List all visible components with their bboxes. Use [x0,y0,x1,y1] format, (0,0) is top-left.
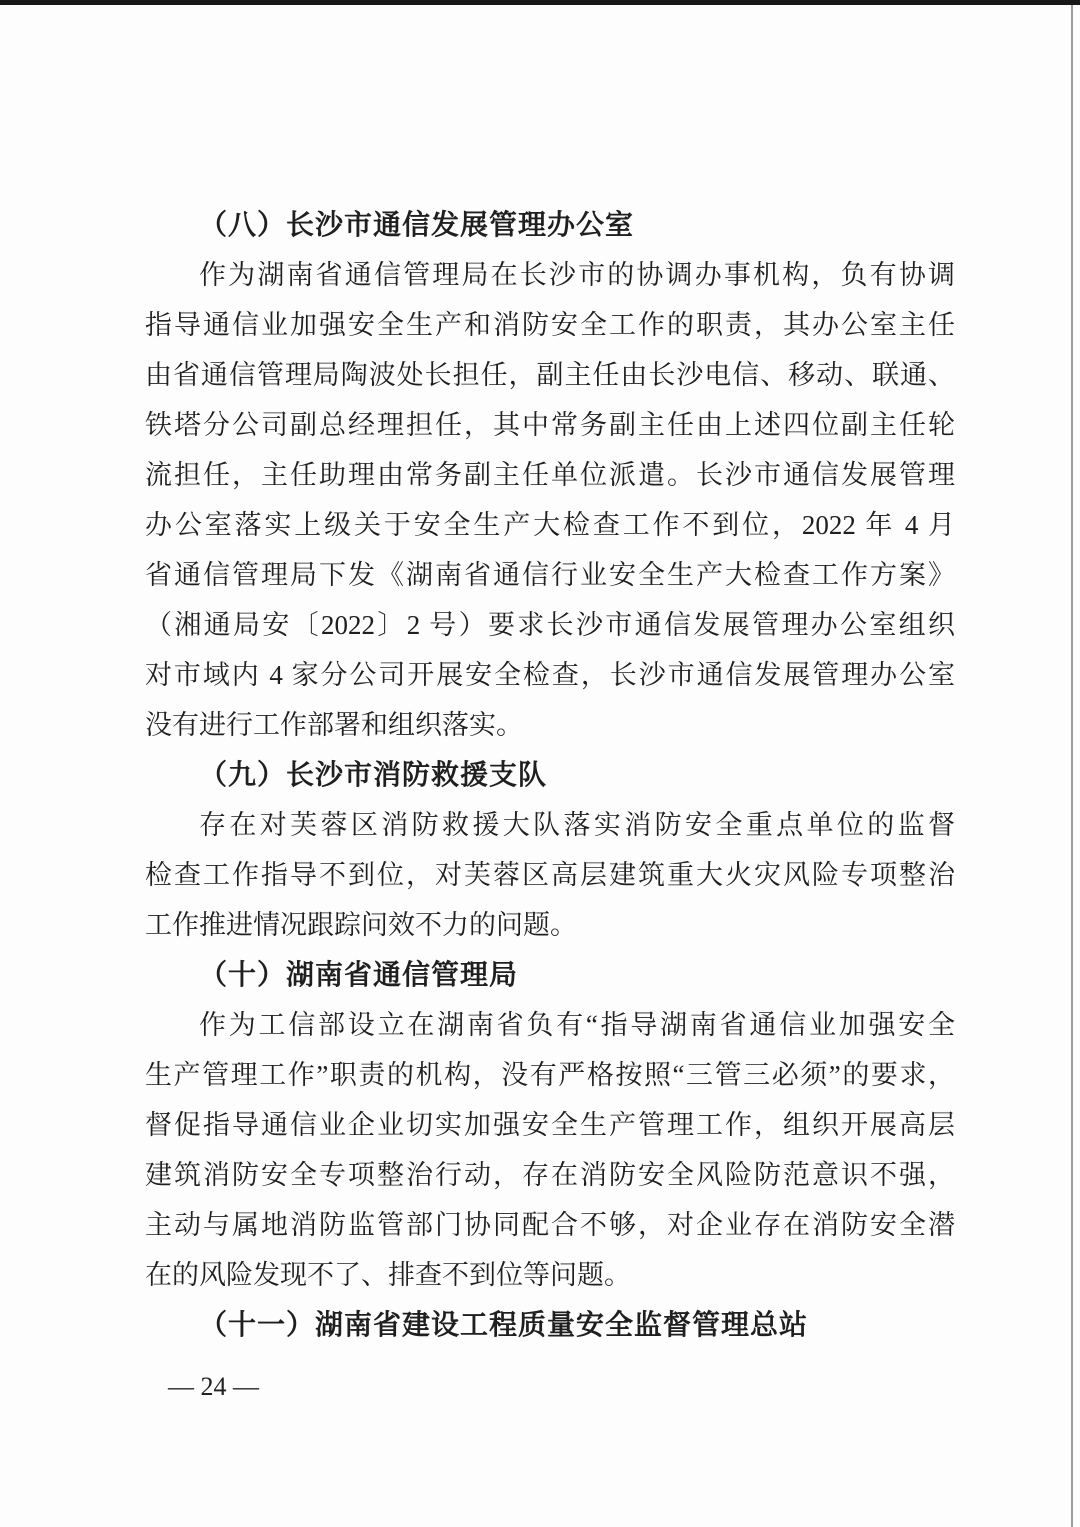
section-heading-9: （九）长沙市消防救援支队 [145,750,955,800]
paragraph-line: 指导通信业加强安全生产和消防安全工作的职责，其办公室主任 [145,300,955,350]
page-number: — 24 — [168,1372,259,1402]
paragraph-line: 流担任，主任助理由常务副主任单位派遣。长沙市通信发展管理 [145,450,955,500]
paragraph-line: 没有进行工作部署和组织落实。 [145,700,955,750]
paragraph-line: 建筑消防安全专项整治行动，存在消防安全风险防范意识不强， [145,1150,955,1200]
paragraph-line: 督促指导通信业企业切实加强安全生产管理工作，组织开展高层 [145,1100,955,1150]
paragraph-line: 作为湖南省通信管理局在长沙市的协调办事机构，负有协调 [145,250,955,300]
paragraph-line: 对市域内 4 家分公司开展安全检查，长沙市通信发展管理办公室 [145,650,955,700]
paragraph-line: 存在对芙蓉区消防救援大队落实消防安全重点单位的监督 [145,800,955,850]
section-heading-11: （十一）湖南省建设工程质量安全监督管理总站 [145,1300,955,1350]
paragraph-line: 主动与属地消防监管部门协同配合不够，对企业存在消防安全潜 [145,1200,955,1250]
paragraph-line: （湘通局安〔2022〕2 号）要求长沙市通信发展管理办公室组织 [145,600,955,650]
paragraph-line: 办公室落实上级关于安全生产大检查工作不到位，2022 年 4 月 [145,500,955,550]
paragraph-line: 检查工作指导不到位，对芙蓉区高层建筑重大火灾风险专项整治 [145,850,955,900]
section-heading-8: （八）长沙市通信发展管理办公室 [145,200,955,250]
paragraph-line: 由省通信管理局陶波处长担任，副主任由长沙电信、移动、联通、 [145,350,955,400]
paragraph-line: 省通信管理局下发《湖南省通信行业安全生产大检查工作方案》 [145,550,955,600]
scan-edge-top [0,0,1080,5]
paragraph-line: 铁塔分公司副总经理担任，其中常务副主任由上述四位副主任轮 [145,400,955,450]
paragraph-line: 在的风险发现不了、排查不到位等问题。 [145,1250,955,1300]
paragraph-line: 作为工信部设立在湖南省负有“指导湖南省通信业加强安全 [145,1000,955,1050]
paragraph-line: 工作推进情况跟踪问效不力的问题。 [145,900,955,950]
scan-edge-right [1071,5,1073,1527]
section-heading-10: （十）湖南省通信管理局 [145,950,955,1000]
document-page: （八）长沙市通信发展管理办公室 作为湖南省通信管理局在长沙市的协调办事机构，负有… [0,0,1080,1527]
paragraph-line: 生产管理工作”职责的机构，没有严格按照“三管三必须”的要求， [145,1050,955,1100]
document-body: （八）长沙市通信发展管理办公室 作为湖南省通信管理局在长沙市的协调办事机构，负有… [145,200,955,1350]
